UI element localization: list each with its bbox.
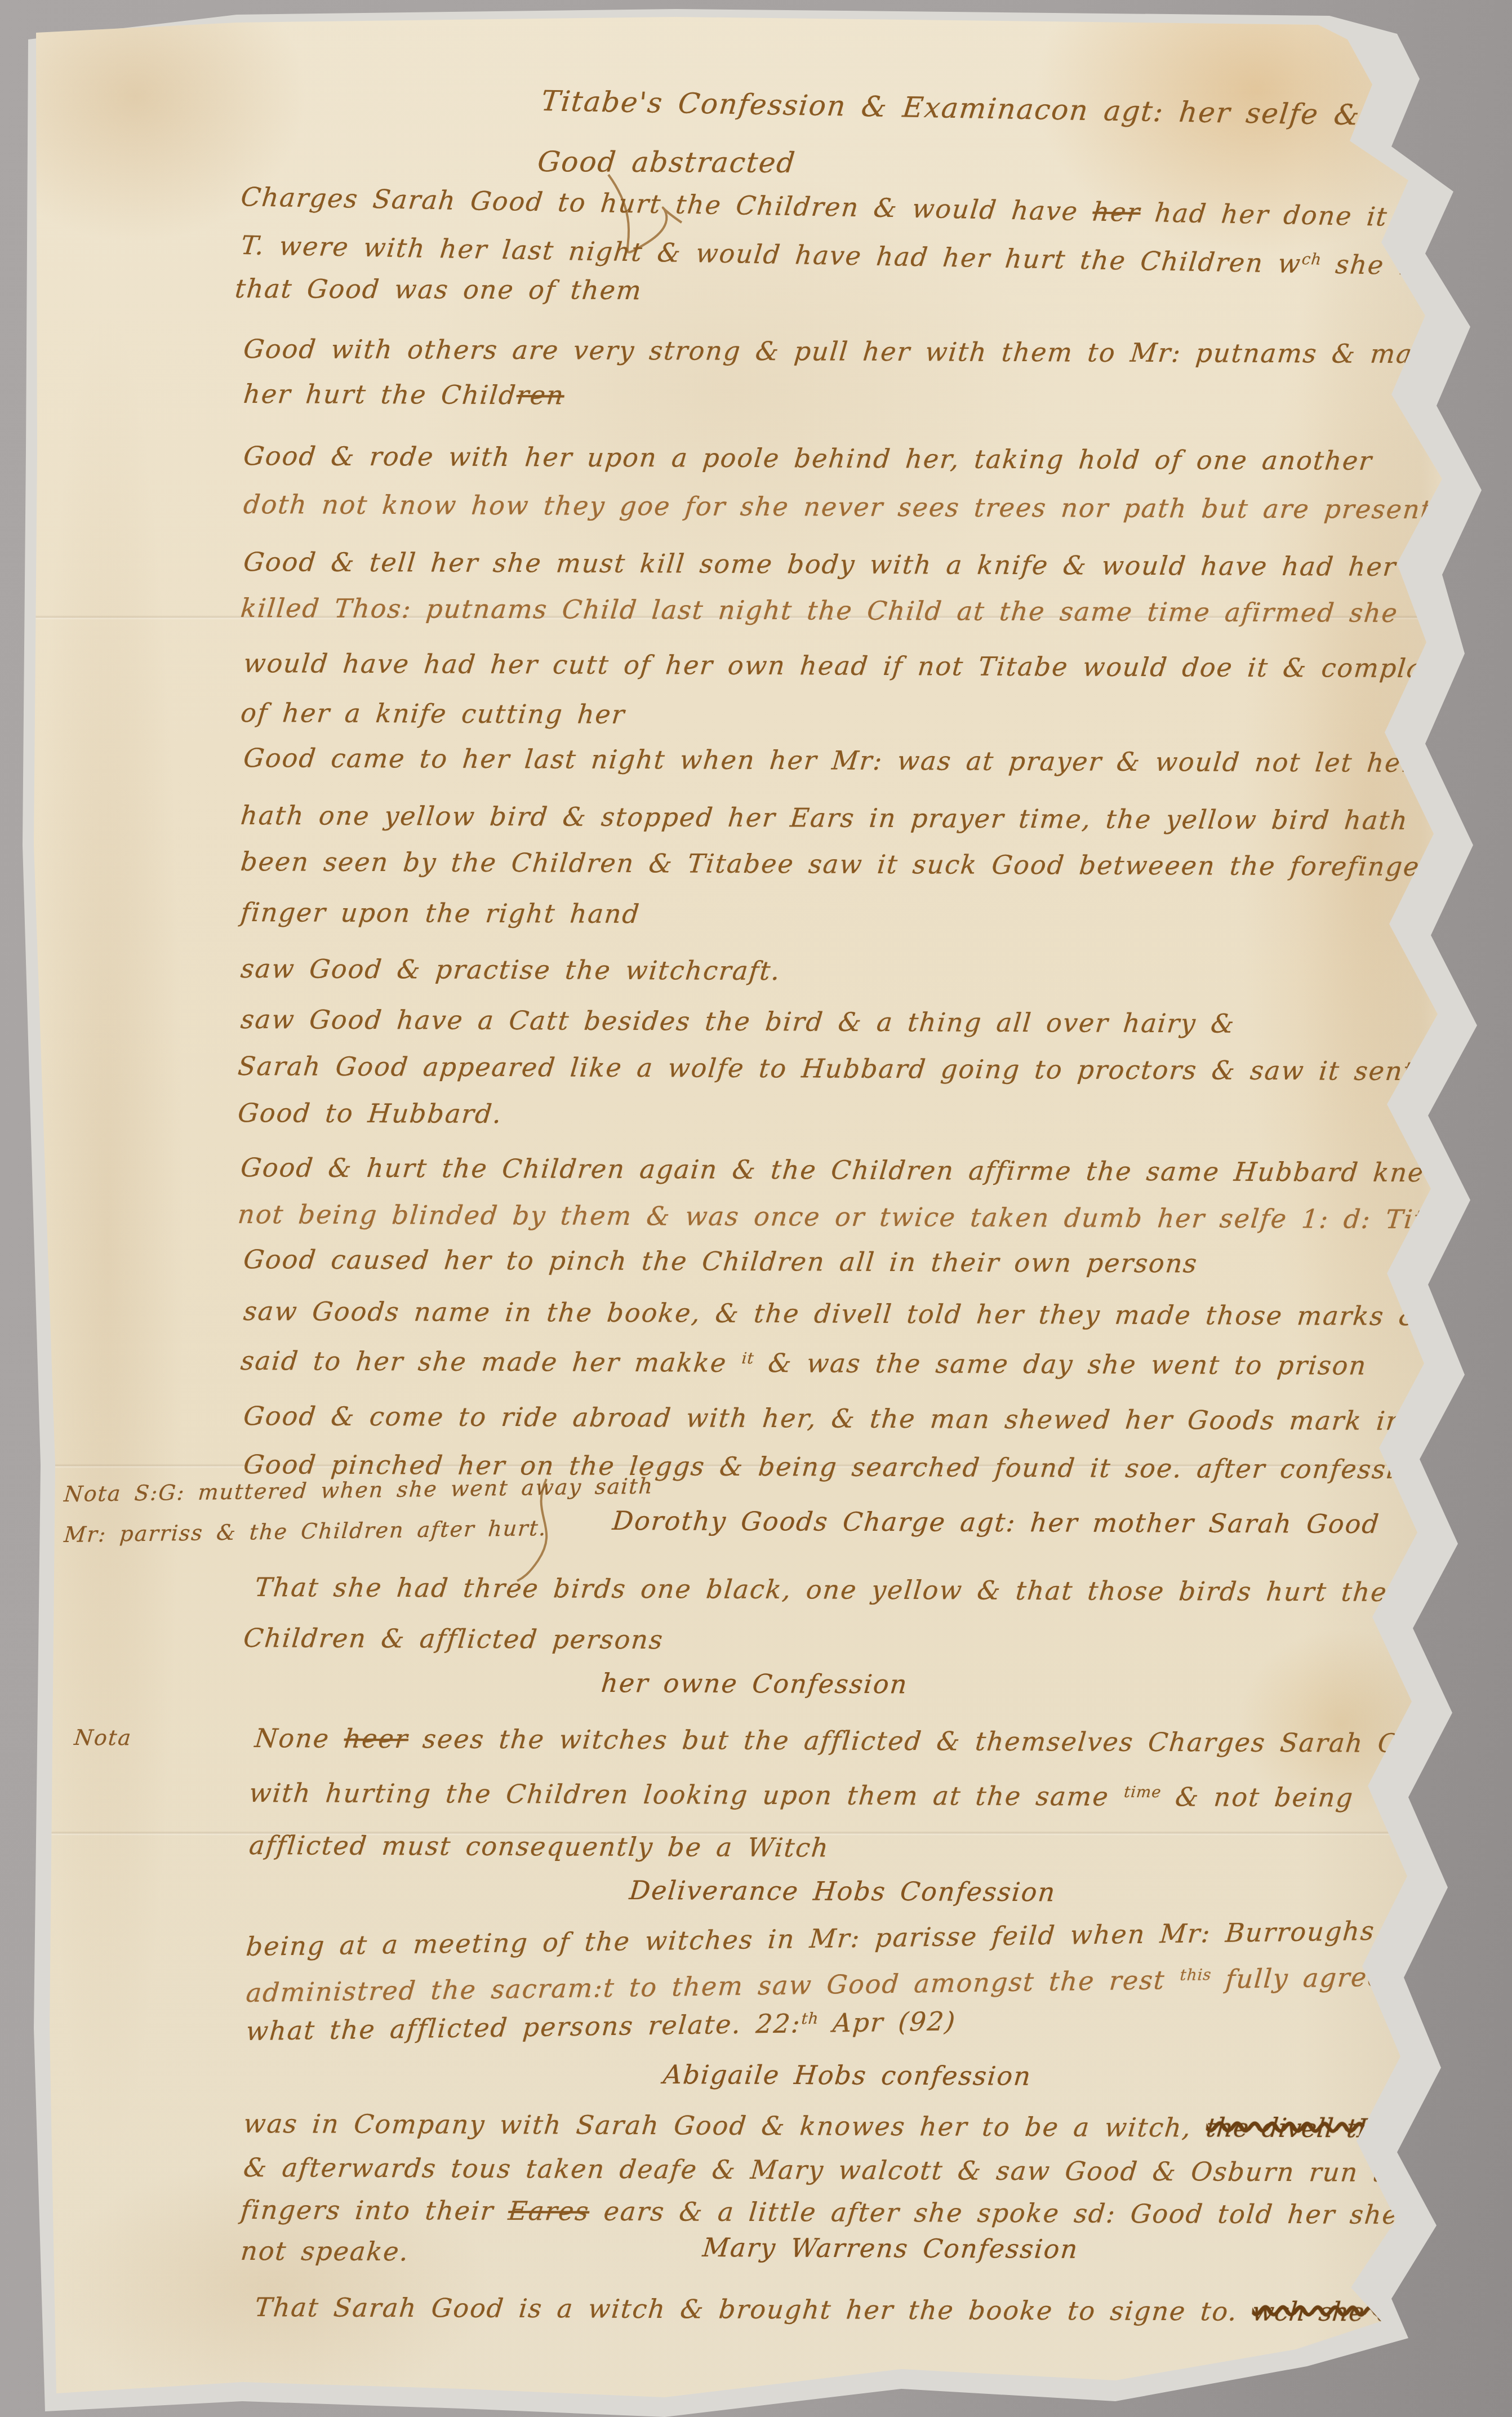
margin-text: Nota (73, 1725, 133, 1750)
manuscript-line: what the afflicted persons relate. 22:th… (245, 2006, 957, 2046)
line-text: Good & come to ride abroad with her, & t… (242, 1401, 1465, 1436)
manuscript-line: Sarah Good appeared like a wolfe to Hubb… (237, 1051, 1416, 1086)
scribbled-out-text: the divell tD heare (1205, 2112, 1468, 2144)
manuscript-line: & afterwards tous taken deafe & Mary wal… (242, 2152, 1443, 2188)
superscript-word: th (801, 2009, 819, 2028)
line-text: would have had her cutt of her own head … (242, 648, 1459, 683)
manuscript-line: would have had her cutt of her own head … (242, 648, 1459, 683)
line-text: doth not know how they goe for she never… (242, 489, 1512, 525)
line-text: that Good was one of them (234, 273, 643, 305)
line-text: Good caused her to pinch the Children al… (242, 1244, 1199, 1278)
manuscript-line: Good with others are very strong & pull … (242, 334, 1414, 369)
manuscript-line: finger upon the right hand (239, 897, 642, 929)
inserted-word: this (1180, 1965, 1212, 1984)
manuscript-line: Good & come to ride abroad with her, & t… (242, 1401, 1465, 1436)
line-text: not speake. (239, 2236, 411, 2267)
manuscript-line: Good & tell her she must kill some body … (242, 547, 1398, 582)
line-text: was in Company with Sarah Good & knowes … (242, 2108, 1208, 2143)
manuscript-line: Good & rode with her upon a poole behind… (242, 441, 1374, 476)
line-text: her hurt the Child (242, 379, 518, 410)
line-text: T. were with her last night & would have… (239, 230, 1303, 279)
line-text: hath one yellow bird & stopped her Ears … (239, 800, 1409, 836)
margin-text: Nota S:G: muttered when she went away sa… (63, 1473, 655, 1507)
heading-text: Deliverance Hobs Confession (628, 1875, 1057, 1907)
line-text: not being blinded by them & was once or … (237, 1199, 1477, 1235)
section-heading-mary-warren: Mary Warrens Confession (701, 2232, 1080, 2264)
struck-word: heer (343, 1723, 410, 1754)
heading-text: Abigaile Hobs confession (662, 2059, 1033, 2091)
line-text: Good to Hubbard. (237, 1098, 504, 1129)
section-heading-abigaile-hobs: Abigaile Hobs confession (662, 2059, 1033, 2091)
manuscript-line: said to her she made her makke it & was … (239, 1345, 1368, 1381)
title-text: Titabe's Confession & Examinacon agt: he… (540, 85, 1467, 134)
manuscript-line: Good & hurt the Children again & the Chi… (239, 1152, 1509, 1188)
manuscript-line: hath one yellow bird & stopped her Ears … (239, 800, 1409, 836)
line-text: fully agrees wit (1210, 1961, 1458, 1994)
manuscript-line: saw Good have a Catt besides the bird & … (239, 1004, 1237, 1039)
manuscript-line: That Sarah Good is a witch & brought her… (254, 2292, 1420, 2327)
line-text: saw Good & practise the witchcraft. (239, 953, 782, 986)
manuscript-line: doth not know how they goe for she never… (242, 489, 1512, 525)
line-text: & not being (1159, 1781, 1355, 1812)
line-text: finger upon the right hand (239, 897, 642, 929)
title-text: Good abstracted (536, 145, 797, 179)
line-text: saw Goods name in the booke, & the divel… (242, 1296, 1424, 1331)
struck-word: ren (515, 380, 566, 410)
scan-stage: =13 Titabe's Confession & Examinacon agt… (0, 0, 1512, 2417)
manuscript-line: killed Thos: putnams Child last night th… (239, 593, 1400, 628)
line-text: afflicted must consequently be a Witch (248, 1830, 830, 1863)
line-text: Apr (92) (817, 2006, 957, 2038)
line-text: said to her she made her makke (239, 1345, 743, 1378)
superscript-word: ch (1301, 250, 1323, 269)
line-text: with hurting the Children looking upon t… (248, 1778, 1125, 1812)
manuscript-line: was in Company with Sarah Good & knowes … (242, 2108, 1467, 2144)
line-text: had her done it (1139, 197, 1390, 232)
line-text: Good & tell her she must kill some body … (242, 547, 1398, 582)
manuscript-line: not speake. (239, 2236, 411, 2267)
inserted-word: it (741, 1349, 755, 1367)
line-text: saw Good have a Catt besides the bird & … (239, 1004, 1237, 1039)
heading-text: Mary Warrens Confession (701, 2232, 1080, 2264)
manuscript-line: None heer sees the witches but the affli… (254, 1723, 1483, 1758)
line-text: killed Thos: putnams Child last night th… (239, 593, 1400, 628)
margin-text: Mr: parriss & the Children after hurt. (63, 1516, 548, 1547)
manuscript-line: fingers into their Eares ears & a little… (239, 2194, 1464, 2230)
heading-text: her owne Confession (600, 1668, 909, 1699)
manuscript-line: Children & afflicted persons (242, 1623, 665, 1655)
manuscript-line: administred the sacram:t to them saw Goo… (245, 1961, 1458, 2008)
line-text: ears & a little after she spoke sd: Good… (588, 2196, 1464, 2231)
line-text: sees the witches but the afflicted & the… (407, 1723, 1483, 1758)
line-text: & was the same day she went to prison (753, 1348, 1368, 1381)
struck-word: Eares (507, 2196, 591, 2227)
manuscript-line: not being blinded by them & was once or … (237, 1199, 1477, 1235)
manuscript-line: with hurting the Children looking upon t… (248, 1778, 1355, 1813)
line-text: Charges Sarah Good to hurt the Children … (239, 181, 1095, 226)
line-text: of her a knife cutting her (239, 697, 627, 730)
manuscript-line: That she had three birds one black, one … (254, 1572, 1389, 1607)
line-text: what the afflicted persons relate. 22: (245, 2008, 802, 2046)
margin-note-nota: Nota (73, 1725, 133, 1750)
manuscript-line: Good caused her to pinch the Children al… (242, 1244, 1199, 1278)
manuscript-line: being at a meeting of the witches in Mr:… (245, 1913, 1512, 1962)
manuscript-line: afflicted must consequently be a Witch (248, 1830, 830, 1863)
manuscript-line: that Good was one of them (234, 273, 643, 305)
line-text: Sarah Good appeared like a wolfe to Hubb… (237, 1051, 1416, 1086)
line-text: Good & hurt the Children again & the Chi… (239, 1152, 1509, 1188)
manuscript-line: of her a knife cutting her (239, 697, 627, 730)
section-heading-her-owne-confession: her owne Confession (600, 1668, 909, 1699)
line-text: being at a meeting of the witches in Mr:… (245, 1913, 1512, 1962)
section-heading-deliverance-hobs: Deliverance Hobs Confession (628, 1875, 1057, 1907)
line-text: That she had three birds one black, one … (254, 1572, 1389, 1607)
line-text: Good & rode with her upon a poole behind… (242, 441, 1374, 476)
manuscript-paper: =13 Titabe's Confession & Examinacon agt… (0, 0, 1512, 2417)
line-text: That Sarah Good is a witch & brought her… (254, 2292, 1253, 2327)
manuscript-line: been seen by the Children & Titabee saw … (239, 846, 1512, 882)
inserted-word: time (1123, 1783, 1162, 1801)
line-text: administred the sacram:t to them saw Goo… (245, 1965, 1181, 2008)
line-text: None (254, 1723, 345, 1754)
manuscript-line: Charges Sarah Good to hurt the Children … (239, 181, 1389, 232)
line-text: been seen by the Children & Titabee saw … (239, 846, 1512, 882)
manuscript-line: Good to Hubbard. (237, 1098, 504, 1129)
margin-note: Nota S:G: muttered when she went away sa… (63, 1473, 655, 1507)
manuscript-line: saw Good & practise the witchcraft. (239, 953, 782, 986)
line-text: fingers into their (239, 2194, 510, 2226)
section-heading-dorothy-good: Dorothy Goods Charge agt: her mother Sar… (611, 1505, 1381, 1539)
margin-note: Mr: parriss & the Children after hurt. (63, 1516, 548, 1547)
line-text: Good with others are very strong & pull … (242, 334, 1414, 369)
title-line-1: Titabe's Confession & Examinacon agt: he… (540, 85, 1467, 134)
struck-word: her (1091, 196, 1142, 227)
heading-text: Dorothy Goods Charge agt: her mother Sar… (611, 1505, 1381, 1539)
title-line-2: Good abstracted (536, 145, 797, 179)
manuscript-line: saw Goods name in the booke, & the divel… (242, 1296, 1424, 1331)
manuscript-line: her hurt the Children (242, 379, 566, 410)
line-text: Children & afflicted persons (242, 1623, 665, 1655)
line-text: Good came to her last night when her Mr:… (242, 743, 1495, 779)
line-text: & afterwards tous taken deafe & Mary wal… (242, 2152, 1443, 2188)
manuscript-line: Good came to her last night when her Mr:… (242, 743, 1495, 779)
